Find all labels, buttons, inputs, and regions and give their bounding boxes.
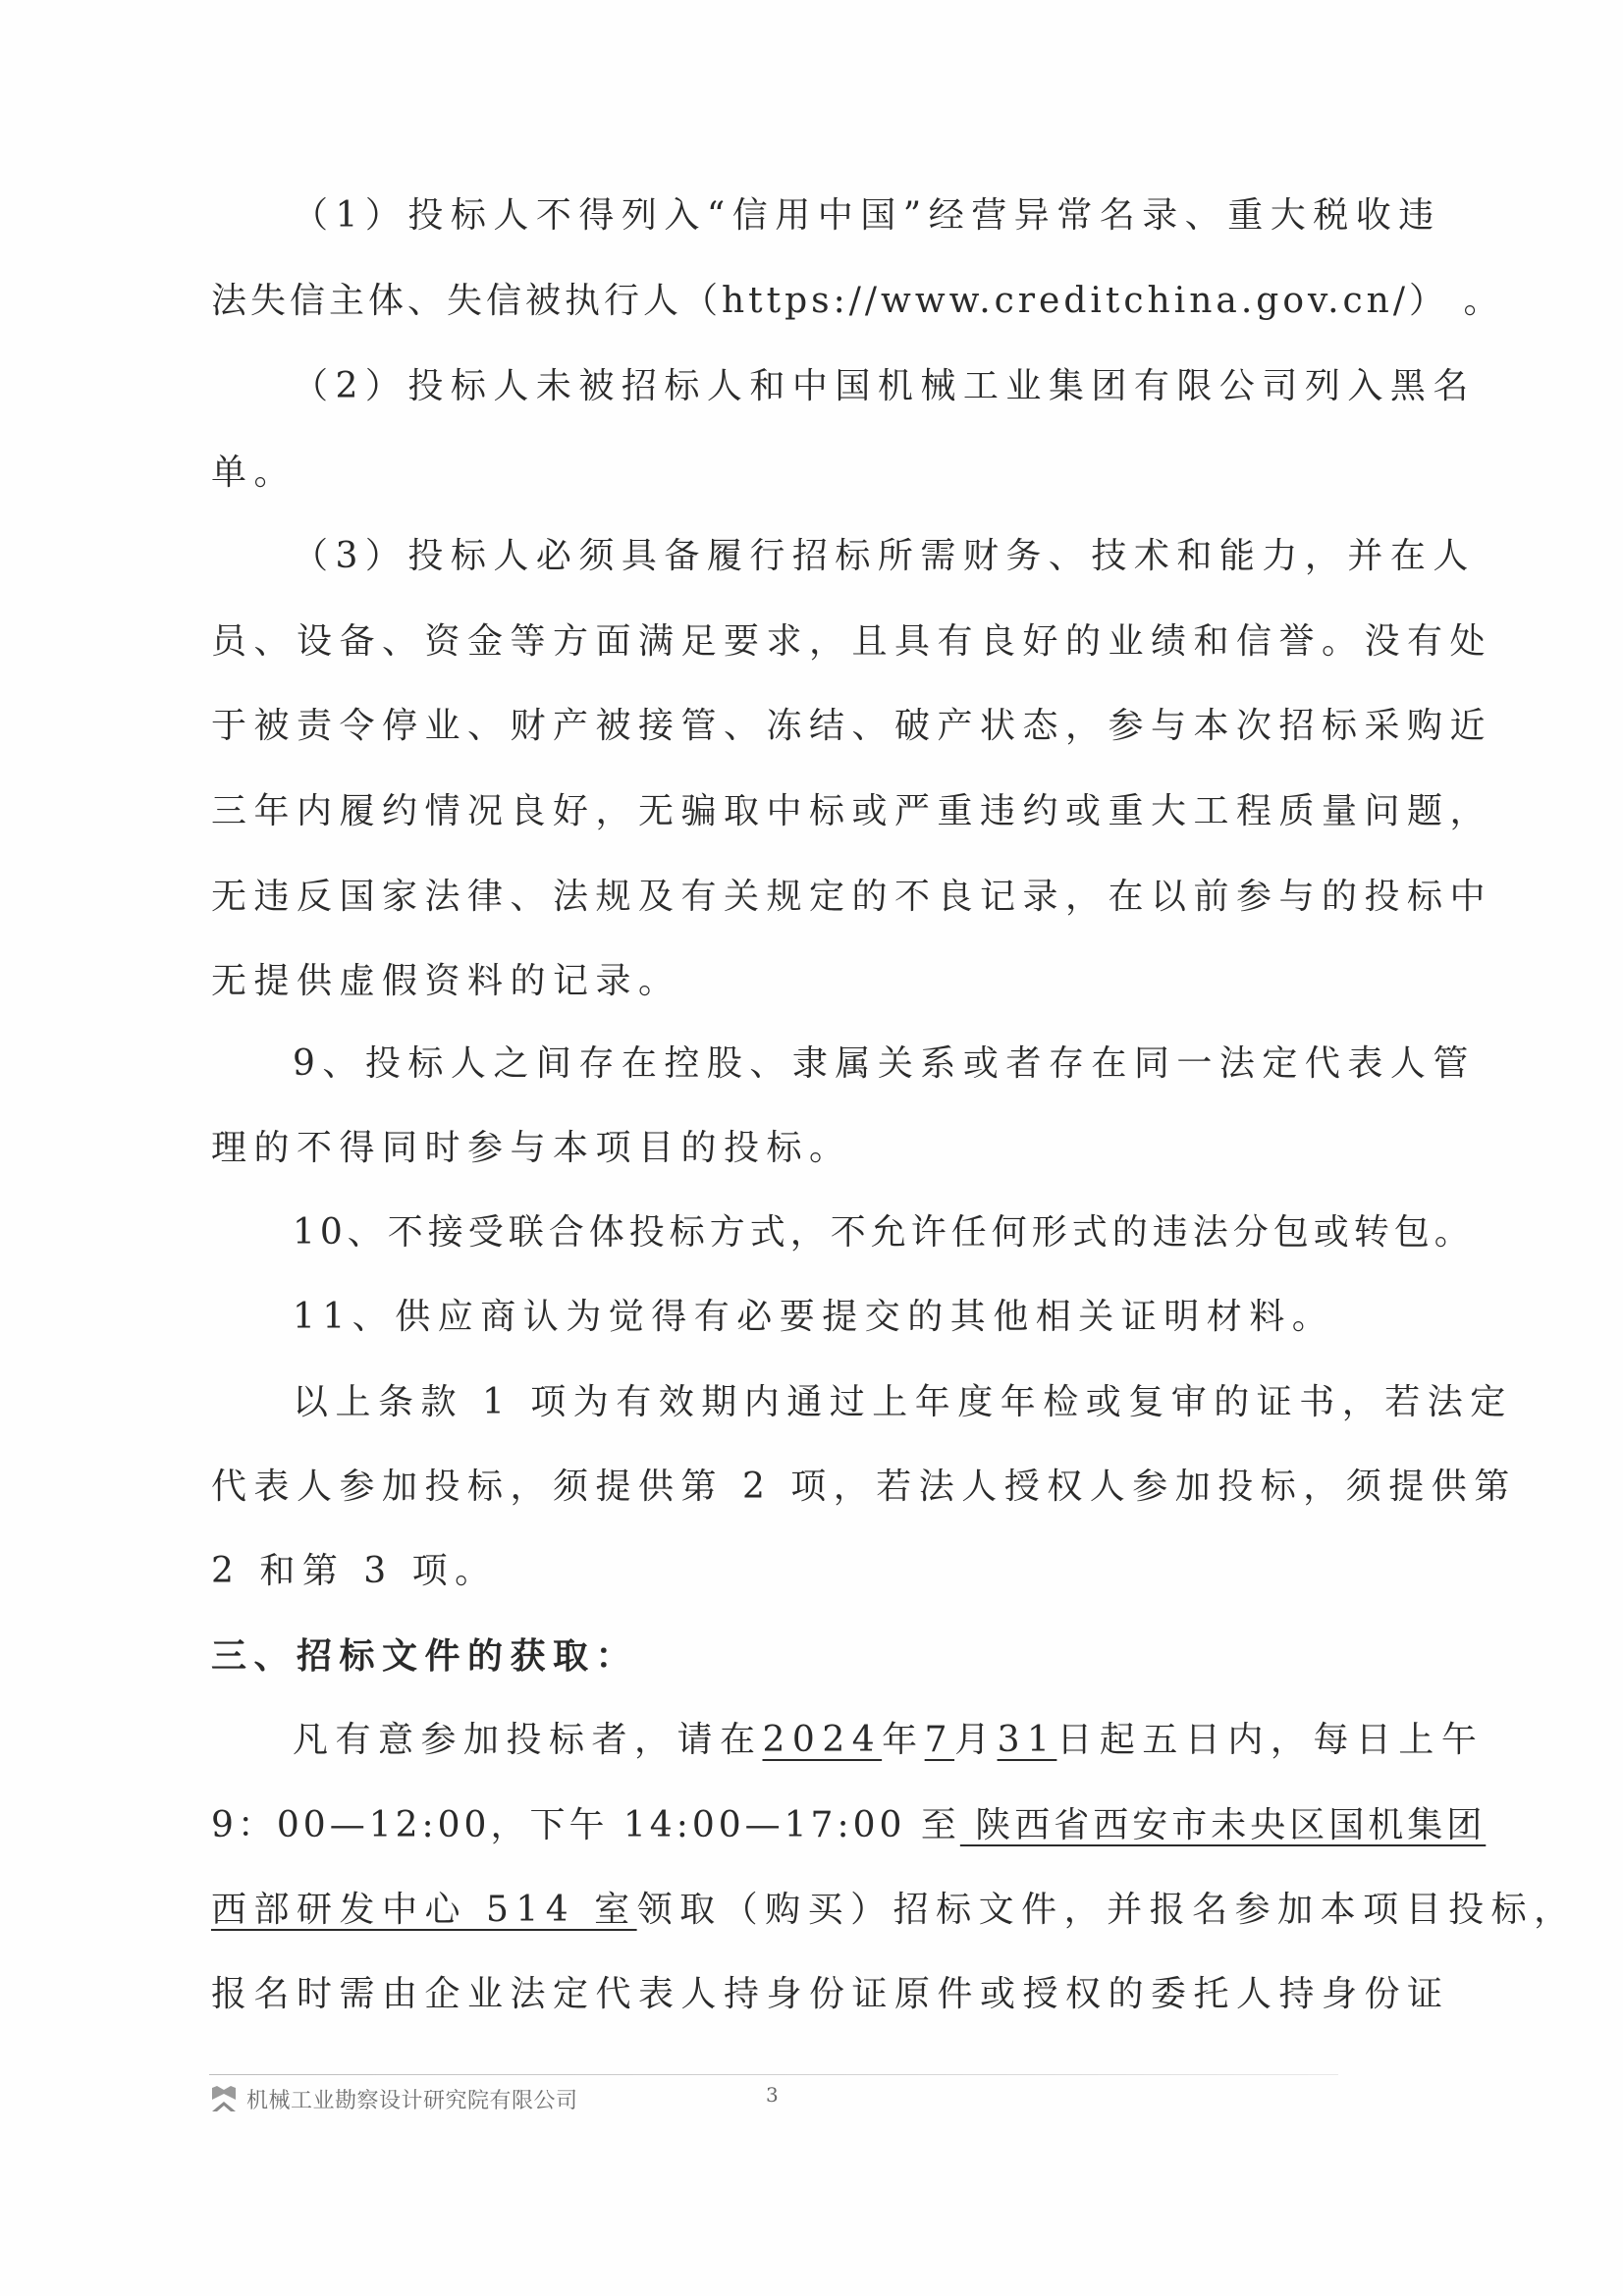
year-value: 2024 bbox=[763, 1720, 883, 1760]
paragraph-3-line-6: 无提供虚假资料的记录。 bbox=[211, 960, 1345, 1003]
paragraph-3-line-2: 员、设备、资金等方面满足要求，且具有良好的业绩和信誉。没有处 bbox=[211, 620, 1345, 664]
day-value: 31 bbox=[998, 1720, 1057, 1760]
note-line-3: 2 和第 3 项。 bbox=[211, 1550, 1345, 1593]
section-3-heading: 三、招标文件的获取： bbox=[211, 1634, 1345, 1678]
paragraph-3-line-3: 于被责令停业、财产被接管、冻结、破产状态，参与本次招标采购近 bbox=[211, 705, 1345, 748]
footer: 机械工业勘察设计研究院有限公司 bbox=[209, 2081, 578, 2116]
section-3-line-4: 报名时需由企业法定代表人持身份证原件或授权的委托人持身份证 bbox=[211, 1973, 1345, 2016]
text: 月 bbox=[954, 1720, 998, 1760]
paragraph-3-line-1: （3）投标人必须具备履行招标所需财务、技术和能力，并在人 bbox=[293, 535, 1345, 578]
paragraph-3-line-4: 三年内履约情况良好，无骗取中标或严重违约或重大工程质量问题， bbox=[211, 790, 1345, 833]
item-9-line-1: 9、投标人之间存在控股、隶属关系或者存在同一法定代表人管 bbox=[293, 1042, 1345, 1086]
paragraph-2-line-1: （2）投标人未被招标人和中国机械工业集团有限公司列入黑名 bbox=[293, 365, 1345, 408]
section-3-line-2: 9：00—12:00，下午 14:00—17:00 至 陕西省西安市未央区国机集… bbox=[211, 1804, 1345, 1847]
paragraph-1-line-1: （1）投标人不得列入“信用中国”经营异常名录、重大税收违 bbox=[293, 194, 1345, 238]
address-part-2: 西部研发中心 514 室 bbox=[211, 1890, 637, 1930]
text: 年 bbox=[882, 1720, 925, 1760]
text: 领取（购买）招标文件，并报名参加本项目投标， bbox=[637, 1890, 1577, 1930]
note-line-1: 以上条款 1 项为有效期内通过上年度年检或复审的证书，若法定 bbox=[293, 1381, 1345, 1424]
text: 9：00—12:00，下午 14:00—17:00 至 bbox=[211, 1805, 960, 1845]
note-line-2: 代表人参加投标，须提供第 2 项，若法人授权人参加投标，须提供第 bbox=[211, 1466, 1345, 1509]
footer-divider bbox=[209, 2074, 1338, 2075]
month-value: 7 bbox=[925, 1720, 954, 1760]
item-9-line-2: 理的不得同时参与本项目的投标。 bbox=[211, 1127, 1345, 1170]
document-page: （1）投标人不得列入“信用中国”经营异常名录、重大税收违 法失信主体、失信被执行… bbox=[0, 0, 1623, 2296]
address-part-1: 陕西省西安市未央区国机集团 bbox=[960, 1805, 1486, 1845]
paragraph-3-line-5: 无违反国家法律、法规及有关规定的不良记录，在以前参与的投标中 bbox=[211, 876, 1345, 919]
section-3-line-3: 西部研发中心 514 室领取（购买）招标文件，并报名参加本项目投标， bbox=[211, 1889, 1345, 1932]
company-name: 机械工业勘察设计研究院有限公司 bbox=[246, 2084, 578, 2114]
company-logo-icon bbox=[209, 2084, 239, 2113]
item-10: 10、不接受联合体投标方式，不允许任何形式的违法分包或转包。 bbox=[293, 1211, 1345, 1255]
page-number: 3 bbox=[766, 2083, 779, 2107]
paragraph-2-line-2: 单。 bbox=[211, 452, 1345, 495]
item-11: 11、供应商认为觉得有必要提交的其他相关证明材料。 bbox=[293, 1296, 1345, 1339]
text: 日起五日内，每日上午 bbox=[1056, 1720, 1484, 1760]
paragraph-1-line-2: 法失信主体、失信被执行人（https://www.creditchina.gov… bbox=[211, 280, 1345, 323]
section-3-line-1: 凡有意参加投标者，请在2024年7月31日起五日内，每日上午 bbox=[293, 1719, 1345, 1762]
text: 凡有意参加投标者，请在 bbox=[293, 1720, 763, 1760]
